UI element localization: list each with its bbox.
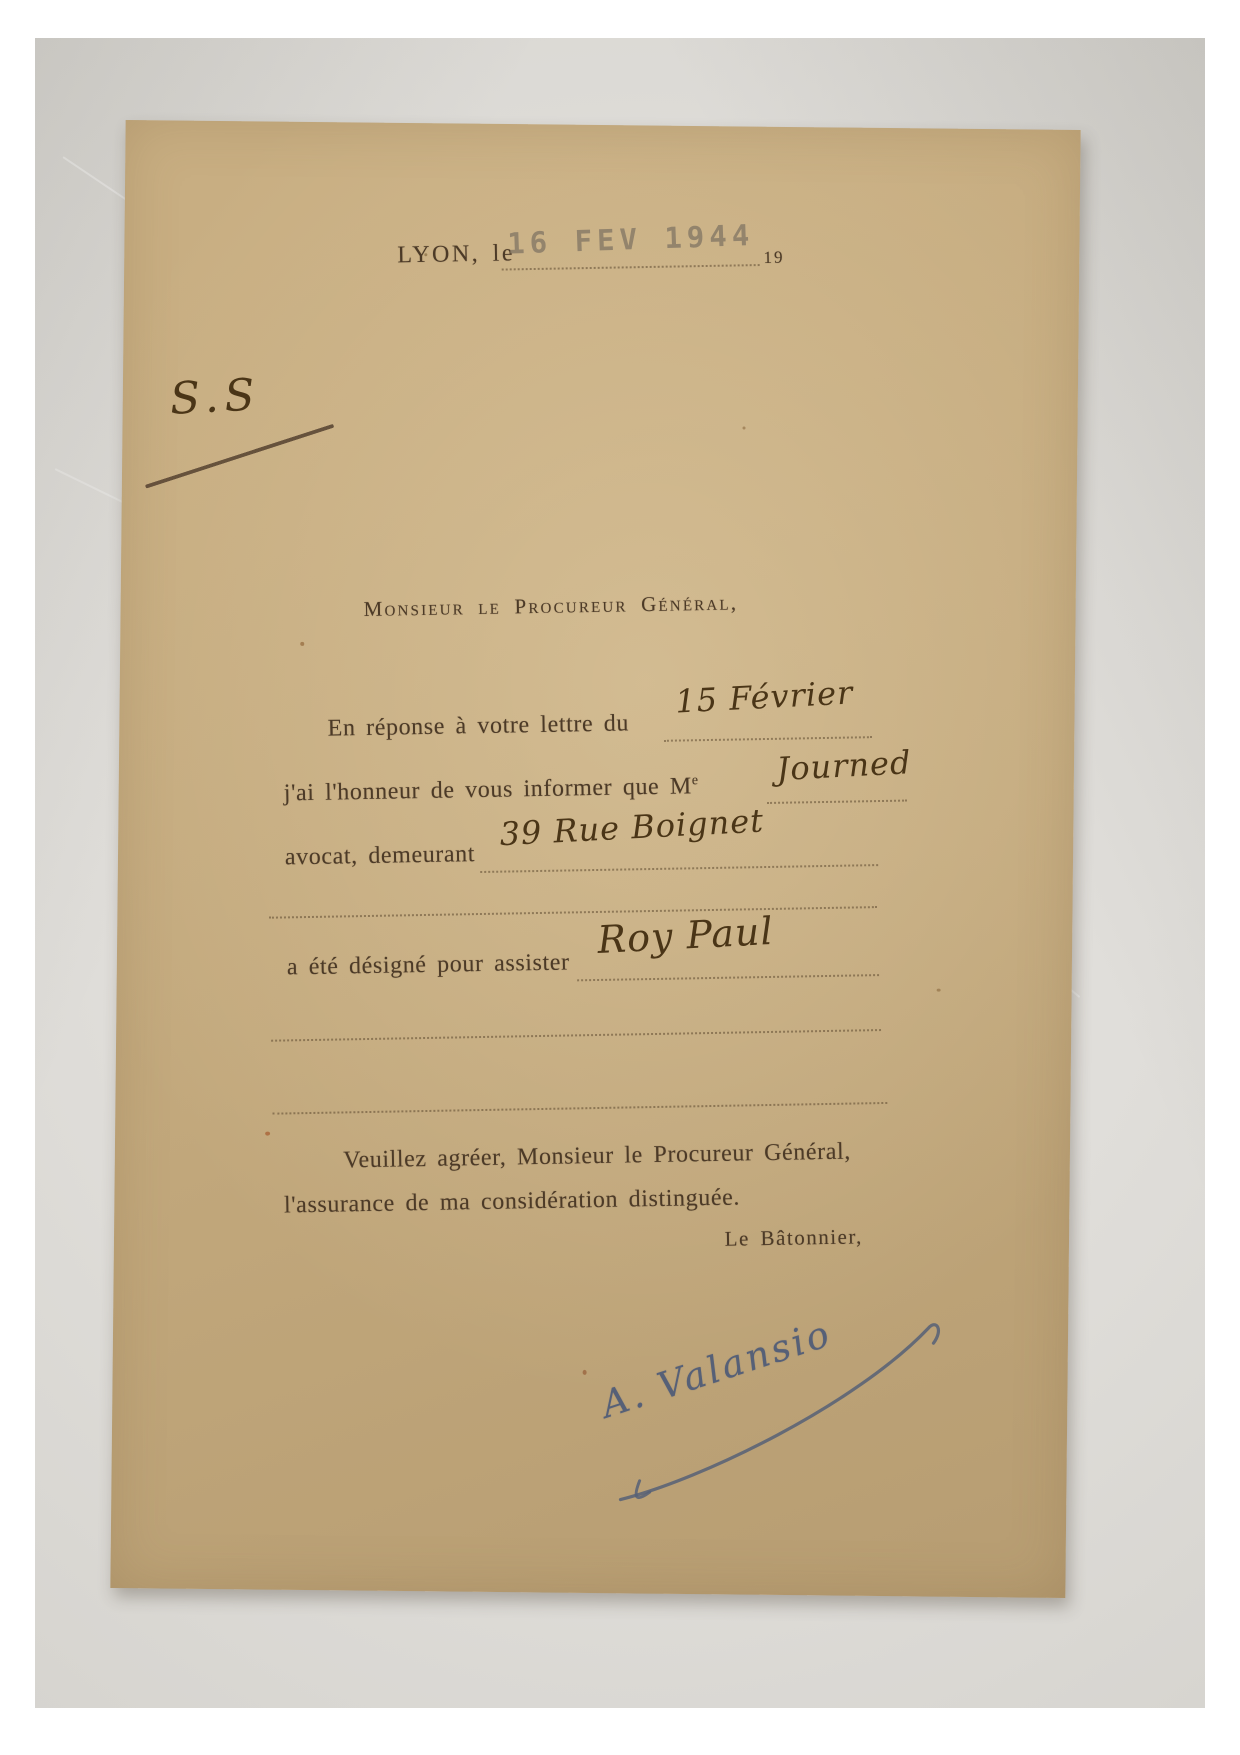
document-photo: LYON, le 16 FEV 1944 19 S.S Monsieur le … [35,38,1205,1708]
body-line1-handwritten: 15 Février [674,673,854,720]
body-line2-printed: j'ai l'honneur de vous informer que Me [284,773,699,807]
body-line3-handwritten: 39 Rue Boignet [499,801,765,853]
date-stamp: 16 FEV 1944 [507,218,755,261]
body-line4-handwritten: Roy Paul [596,909,774,962]
closing-line1: Veuillez agréer, Monsieur le Procureur G… [343,1139,851,1175]
dotted-fill-line [272,1098,887,1115]
signature-block: A. Valansio [596,1274,979,1509]
body-line4-printed: a été désigné pour assister [287,949,570,981]
body-line2-text: j'ai l'honneur de vous informer que M [284,773,693,806]
letter-form: LYON, le 16 FEV 1944 19 S.S Monsieur le … [105,117,1085,1601]
body-line3-printed: avocat, demeurant [285,841,476,871]
dotted-fill-line [577,970,879,981]
dotted-fill-line [480,860,878,873]
place-label: LYON, le [397,240,515,269]
body-line1-printed: En réponse à votre lettre du [327,710,629,742]
dotted-fill-line [271,1025,881,1042]
dotted-fill-line [269,902,877,919]
letter-paper: LYON, le 16 FEV 1944 19 S.S Monsieur le … [110,120,1080,1598]
dotted-fill-line [502,260,760,271]
signer-title: Le Bâtonnier, [724,1224,863,1251]
closing-line2: l'assurance de ma considération distingu… [284,1185,740,1220]
dotted-fill-line [767,796,907,804]
salutation: Monsieur le Procureur Général, [363,590,738,622]
reference-underline [145,424,335,489]
body-line2-handwritten: Journed [776,743,913,788]
maitre-superscript: e [692,773,699,788]
reference-mark: S.S [169,369,262,425]
year-prefix: 19 [763,248,784,268]
dotted-fill-line [664,732,872,742]
